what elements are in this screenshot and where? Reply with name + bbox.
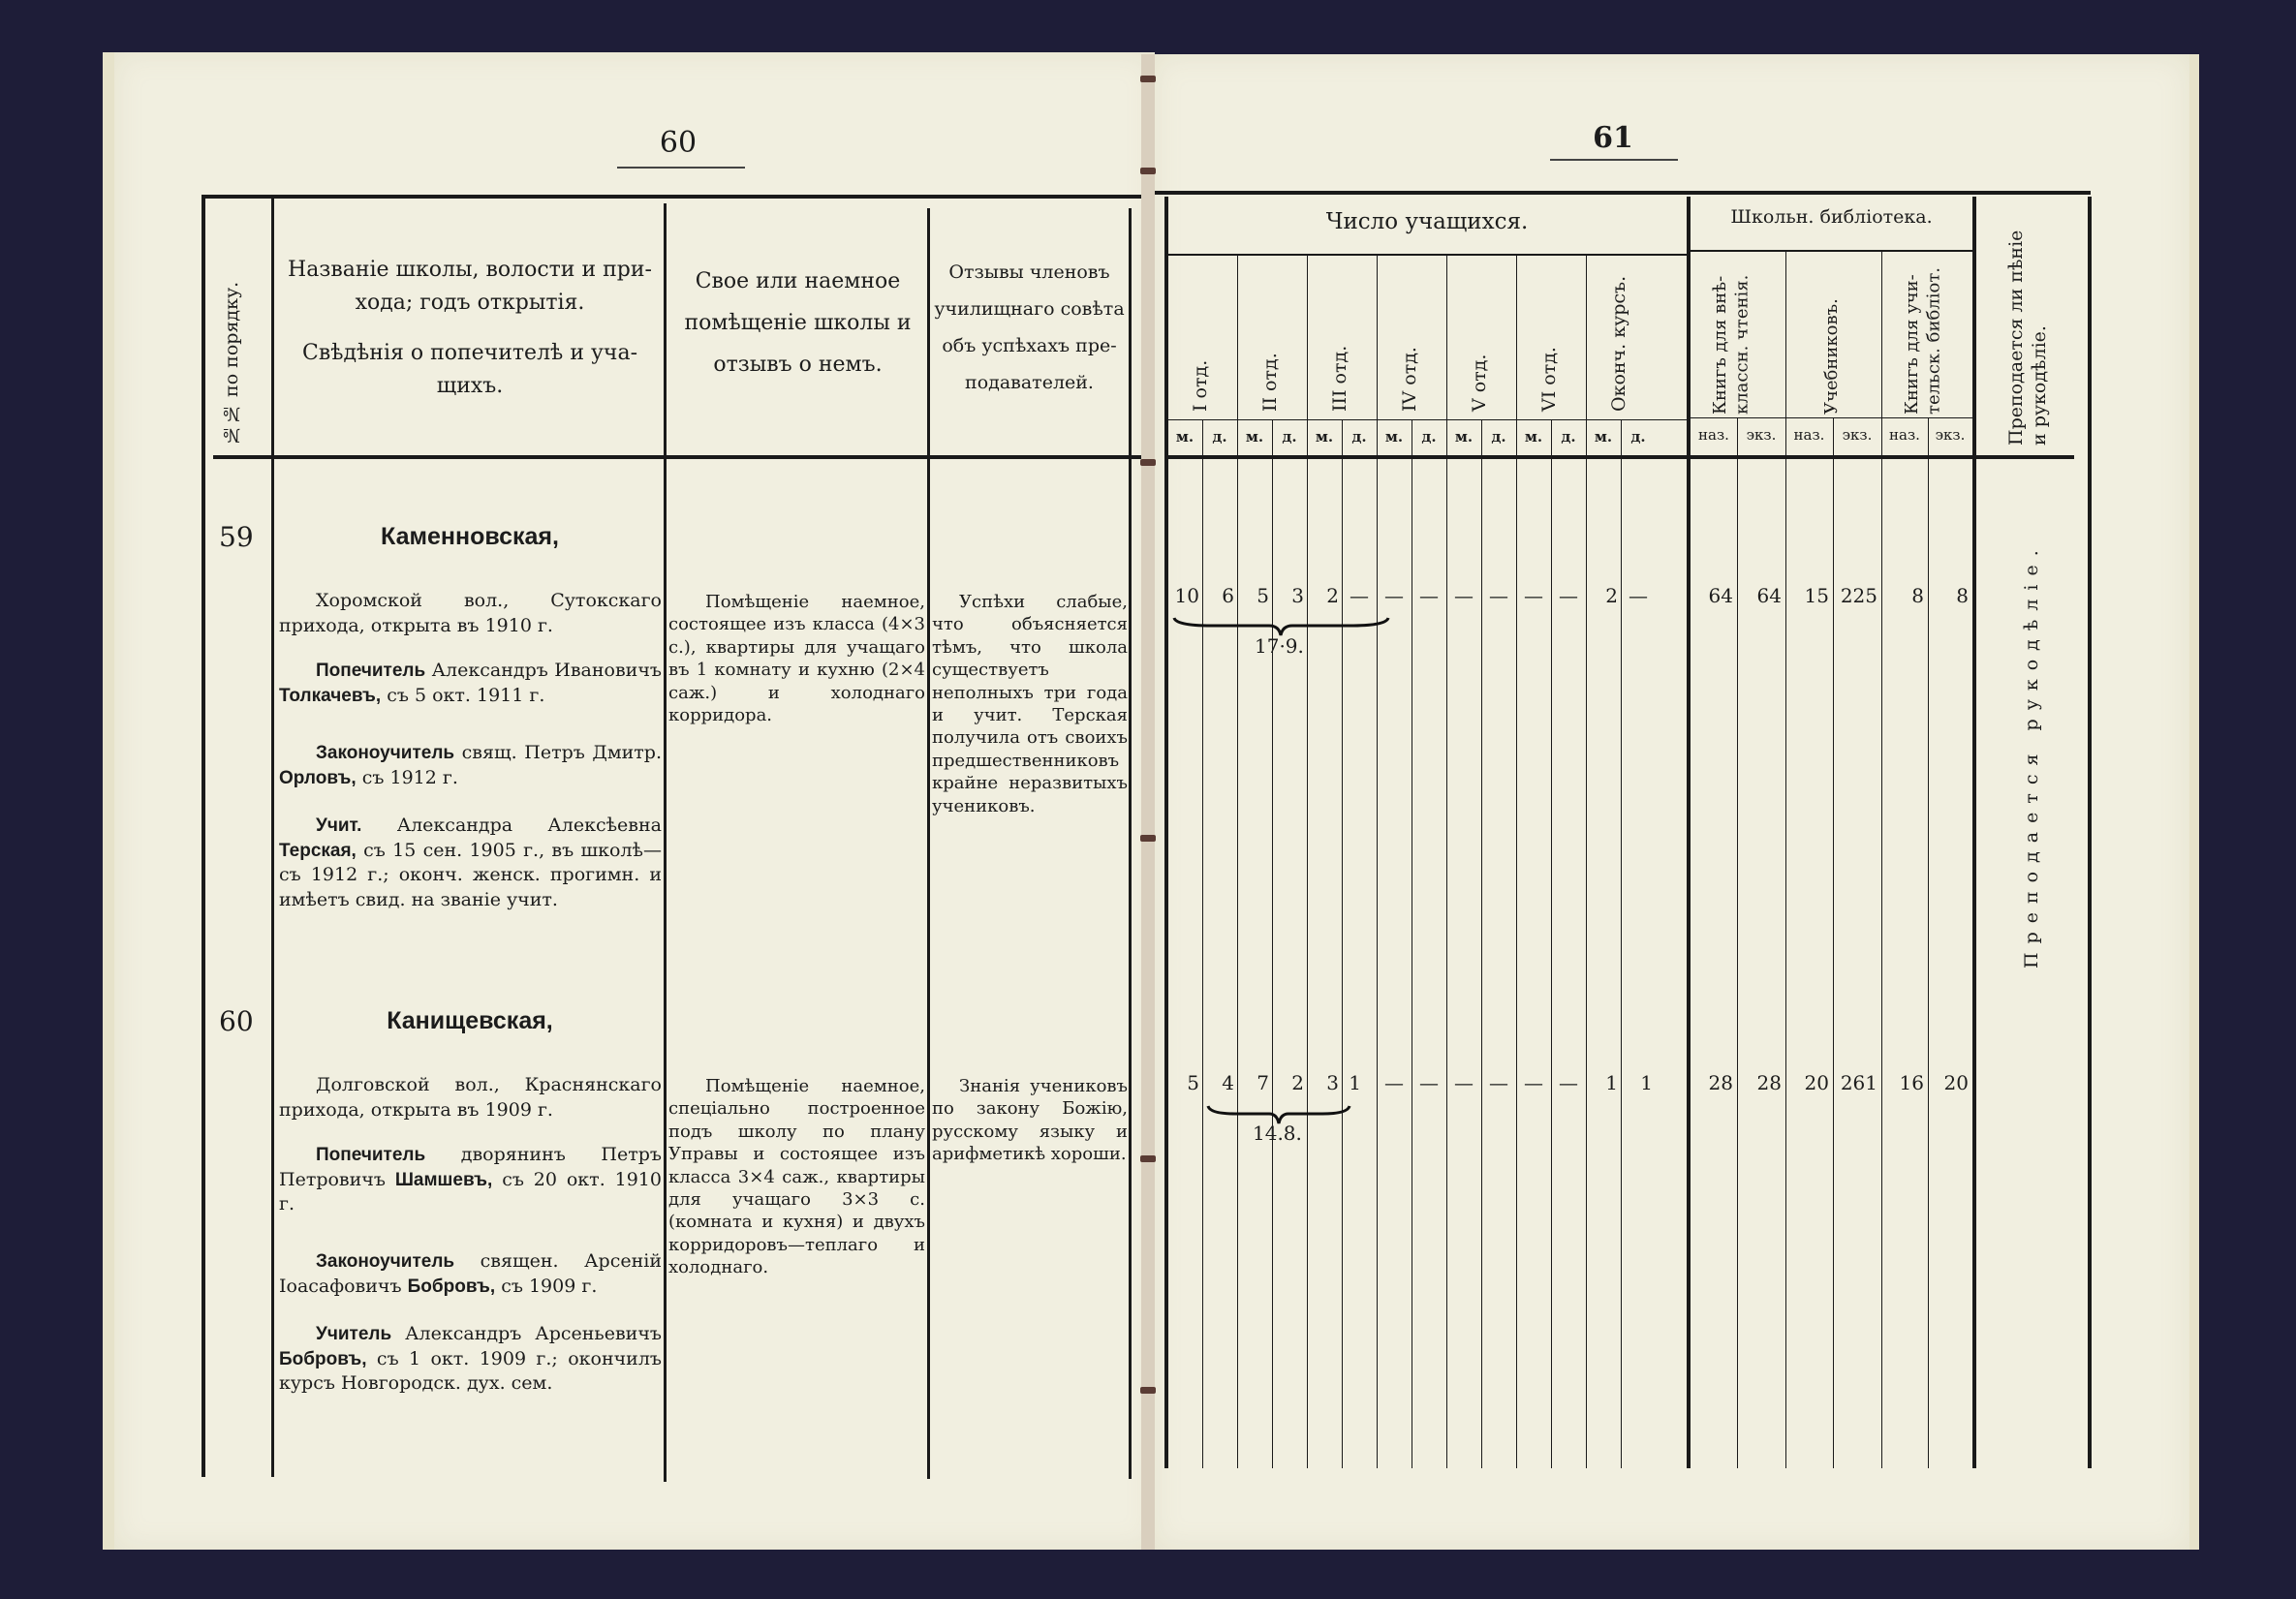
header-students-group: Число учащихся. (1167, 205, 1687, 240)
header-school-info: Названіе школы, волости и при- хода; год… (276, 254, 664, 403)
header-text: Преподается ли пѣніе (2005, 231, 2027, 446)
table-right-border (2088, 197, 2092, 1468)
header-text: училищнаго совѣта (930, 291, 1129, 327)
library-cell: 28 (1691, 1071, 1733, 1094)
header-text: объ успѣхахъ пре- (930, 327, 1129, 364)
premises-text: Помѣщеніе наемное, состоящее изъ класса … (668, 591, 925, 726)
ekz-label: экз. (1737, 426, 1785, 444)
md-divider (1481, 420, 1482, 1468)
header-grade-2: II отд. (1259, 281, 1283, 412)
gender-row-rule (1167, 419, 1687, 420)
count-cell: — (1446, 1071, 1481, 1094)
table-top-rule (1155, 191, 2091, 195)
page-number-left: 60 (639, 126, 717, 160)
review-text: Знанія учениковъ по закону Божію, русско… (932, 1075, 1128, 1166)
library-cell: 64 (1691, 584, 1733, 607)
count-cell: — (1516, 1071, 1551, 1094)
count-cell: 2 (1586, 584, 1618, 607)
count-cell: — (1481, 584, 1516, 607)
count-cell: 1 (1586, 1071, 1618, 1094)
binding-stitch (1140, 76, 1156, 82)
count-cell: — (1412, 1071, 1446, 1094)
group-header-rule (1167, 254, 1687, 256)
teacher-info: Учитель Александръ Арсеньевичъ Бобровъ, … (279, 1322, 662, 1397)
gender-d-label: д. (1342, 428, 1377, 446)
count-cell: 2 (1272, 1071, 1304, 1094)
count-cell: 2 (1307, 584, 1339, 607)
library-cell: 8 (1928, 584, 1969, 607)
count-cell: 4 (1202, 1071, 1234, 1094)
gender-d-label: д. (1412, 428, 1446, 446)
gender-m-label: м. (1516, 428, 1551, 446)
table-top-rule (202, 195, 1141, 199)
header-text: тельск. библіот. (1924, 267, 1944, 415)
count-cell: 5 (1237, 584, 1269, 607)
gender-m-label: м. (1377, 428, 1412, 446)
library-cell: 15 (1785, 584, 1829, 607)
library-cell: 64 (1737, 584, 1782, 607)
header-teacher-library: Книгъ для учи- тельск. библіот. (1902, 261, 1945, 415)
subtotal-label: 14.8. (1253, 1122, 1302, 1145)
school-name: Канищевская, (276, 1007, 664, 1035)
gender-m-label: м. (1237, 428, 1272, 446)
row-number: 60 (219, 1005, 254, 1037)
gender-d-label: д. (1202, 428, 1237, 446)
book-gutter (1141, 54, 1155, 1550)
naz-ekz-divider (1737, 418, 1738, 1468)
count-cell: 7 (1237, 1071, 1269, 1094)
count-cell: — (1481, 1071, 1516, 1094)
count-cell: — (1342, 584, 1377, 607)
gender-m-label: м. (1446, 428, 1481, 446)
library-cell: 261 (1833, 1071, 1877, 1094)
trustee-name: Александръ Ивановичъ (432, 660, 662, 681)
count-cell: — (1551, 1071, 1586, 1094)
col-divider (1129, 208, 1132, 1479)
binding-stitch (1140, 835, 1156, 842)
header-text: Свое или наемное (668, 261, 927, 303)
school-location: Хоромской вол., Сутокскаго прихода, откр… (279, 589, 662, 638)
trustee-info: Попечитель дворянинъ Петръ Петровичъ Шам… (279, 1143, 662, 1217)
binding-stitch (1140, 459, 1156, 466)
teacher-surname: Бобровъ, (279, 1349, 367, 1369)
teacher-surname: Терская, (279, 841, 357, 861)
law-teacher-date: съ 1912 г. (362, 767, 458, 788)
count-cell: — (1551, 584, 1586, 607)
count-cell: 1 (1621, 1071, 1653, 1094)
binding-stitch (1140, 1387, 1156, 1394)
header-row-number: №№ по порядку. (221, 252, 244, 446)
header-singing-handicraft: Преподается ли пѣніе и рукодѣліе. (2005, 213, 2052, 446)
law-teacher-label: Законоучитель (316, 1251, 454, 1272)
row-number: 59 (219, 521, 254, 553)
school-location: Долговской вол., Краснянскаго прихода, о… (279, 1073, 662, 1122)
col-divider (664, 203, 667, 1482)
count-cell: — (1377, 584, 1412, 607)
teacher-info: Учит. Александра Алексѣевна Терская, съ … (279, 814, 662, 913)
header-grade-4: IV отд. (1399, 281, 1422, 412)
law-teacher-date: съ 1909 г. (501, 1276, 597, 1297)
law-teacher-surname: Орловъ, (279, 768, 357, 788)
header-text: Названіе школы, волости и при- (276, 254, 664, 287)
header-text: хода; годъ открытія. (276, 287, 664, 320)
md-divider (1342, 420, 1343, 1468)
count-cell: — (1516, 584, 1551, 607)
col-divider (271, 199, 274, 1477)
group-divider (1972, 197, 1976, 1468)
header-text: классн. чтенія. (1732, 275, 1753, 415)
trustee-info: Попечитель Александръ Ивановичъ Толкачев… (279, 659, 662, 708)
trustee-surname: Шамшевъ, (395, 1170, 492, 1190)
trustee-date: съ 5 окт. 1911 г. (387, 685, 544, 706)
teacher-label: Учит. (316, 815, 361, 836)
gender-d-label: д. (1621, 428, 1656, 446)
group-header-rule (1691, 250, 1972, 252)
page-number-underline (1550, 159, 1678, 161)
header-grade-3: III отд. (1329, 281, 1352, 412)
ekz-label: экз. (1833, 426, 1881, 444)
gender-d-label: д. (1272, 428, 1307, 446)
header-text: Книгъ для учи- (1902, 274, 1922, 415)
gender-d-label: д. (1481, 428, 1516, 446)
library-cell: 16 (1881, 1071, 1924, 1094)
md-divider (1621, 420, 1622, 1468)
teacher-name: Александръ Арсеньевичъ (405, 1323, 662, 1344)
law-teacher-info: Законоучитель священ. Арсеній Іоасафович… (279, 1249, 662, 1299)
header-text: помѣщеніе школы и (668, 303, 927, 345)
header-grade-6: VI отд. (1538, 281, 1562, 412)
law-teacher-info: Законоучитель свящ. Петръ Дмитр. Орловъ,… (279, 741, 662, 790)
header-text: Отзывы членовъ (930, 254, 1129, 291)
md-divider (1202, 420, 1203, 1468)
ekz-label: экз. (1928, 426, 1972, 444)
premises-text: Помѣщеніе наемное, спеціально построенно… (668, 1075, 925, 1279)
naz-label: наз. (1881, 426, 1928, 444)
page-number-right: 61 (1574, 121, 1652, 155)
header-text: и рукодѣліе. (2029, 325, 2050, 446)
trustee-surname: Толкачевъ, (279, 686, 381, 706)
count-cell: 1 (1342, 1071, 1361, 1094)
trustee-label: Попечитель (316, 661, 425, 681)
header-completed-course: Оконч. курсъ. (1608, 266, 1631, 412)
binding-stitch (1140, 168, 1156, 174)
table-left-border (1164, 197, 1168, 1468)
count-cell: 3 (1307, 1071, 1339, 1094)
page-number-underline (617, 167, 745, 169)
library-cell: 20 (1928, 1071, 1969, 1094)
header-grade-5: V отд. (1469, 281, 1492, 412)
header-text: подавателей. (930, 364, 1129, 401)
count-cell: 6 (1202, 584, 1234, 607)
table-left-border (202, 197, 205, 1477)
md-divider (1551, 420, 1552, 1468)
header-text: Свѣдѣнія о попечителѣ и уча- (276, 337, 664, 370)
library-cell: 8 (1881, 584, 1924, 607)
header-text: Книгъ для внѣ- (1710, 276, 1730, 415)
header-text: щихъ. (276, 370, 664, 403)
gender-m-label: м. (1167, 428, 1202, 446)
subtotal-label: 17·9. (1255, 634, 1304, 658)
naz-ekz-divider (1833, 418, 1834, 1468)
review-text: Успѣхи слабые, что объясняется тѣмъ, что… (932, 591, 1128, 817)
header-bottom-rule (213, 455, 1141, 459)
law-teacher-surname: Бобровъ, (408, 1276, 496, 1297)
teacher-label: Учитель (316, 1324, 391, 1344)
library-cell: 28 (1737, 1071, 1782, 1094)
count-cell: 5 (1167, 1071, 1199, 1094)
law-teacher-name: свящ. Петръ Дмитр. (462, 742, 662, 763)
count-cell: 10 (1167, 584, 1199, 607)
header-extracurricular-books: Книгъ для внѣ- классн. чтенія. (1710, 261, 1753, 415)
header-text: отзывъ о немъ. (668, 345, 927, 386)
count-cell: — (1621, 584, 1656, 607)
naz-ekz-divider (1928, 418, 1929, 1468)
binding-stitch (1140, 1155, 1156, 1162)
gender-row-rule (1691, 417, 1972, 418)
trustee-label: Попечитель (316, 1145, 425, 1165)
law-teacher-label: Законоучитель (316, 743, 454, 763)
count-cell: — (1446, 584, 1481, 607)
md-divider (1412, 420, 1412, 1468)
count-cell: 3 (1272, 584, 1304, 607)
library-cell: 20 (1785, 1071, 1829, 1094)
gender-m-label: м. (1307, 428, 1342, 446)
header-library-group: Школьн. библіотека. (1691, 203, 1972, 231)
md-divider (1272, 420, 1273, 1468)
school-name: Каменновская, (276, 523, 664, 551)
count-cell: — (1377, 1071, 1412, 1094)
group-divider (1687, 197, 1691, 1468)
singing-handicraft-value: Преподается рукодѣліе. (2021, 513, 2044, 969)
naz-label: наз. (1691, 426, 1737, 444)
naz-label: наз. (1785, 426, 1833, 444)
header-premises: Свое или наемное помѣщеніе школы и отзыв… (668, 261, 927, 386)
gender-d-label: д. (1551, 428, 1586, 446)
gender-m-label: м. (1586, 428, 1621, 446)
header-textbooks: Учебниковъ. (1821, 291, 1844, 415)
library-cell: 225 (1833, 584, 1877, 607)
header-grade-1: I отд. (1190, 281, 1213, 412)
header-reviews: Отзывы членовъ училищнаго совѣта объ усп… (930, 254, 1129, 401)
count-cell: — (1412, 584, 1446, 607)
teacher-name: Александра Алексѣевна (397, 815, 662, 836)
